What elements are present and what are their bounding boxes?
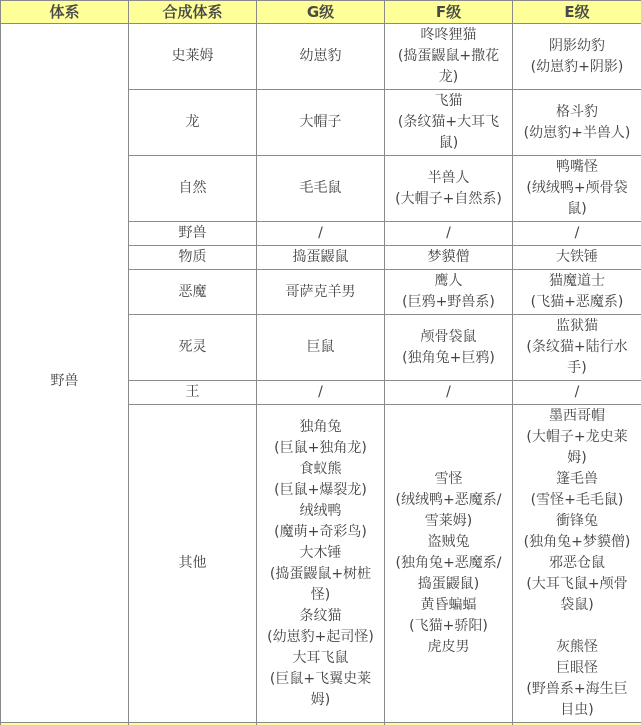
monster-text: 大耳飞鼠: [259, 648, 382, 669]
group-cell: 野兽: [1, 24, 129, 723]
monster-text: /: [259, 382, 382, 403]
g-rank-cell: 大帽子: [257, 90, 385, 156]
synthesis-system-cell: 龙: [129, 90, 257, 156]
e-rank-cell: 大铁锤: [513, 246, 641, 270]
monster-text: (飞猫+骄阳): [387, 616, 510, 637]
e-rank-cell: /: [513, 222, 641, 246]
synthesis-system-cell: 死灵: [129, 315, 257, 381]
monster-text: 猫魔道士: [515, 271, 639, 292]
monster-text: 袋鼠): [515, 595, 639, 616]
monster-text: (绒绒鸭+恶魔系/: [387, 490, 510, 511]
monster-text: 捣蛋鼹鼠): [387, 574, 510, 595]
monster-text: 鸭嘴怪: [515, 157, 639, 178]
monster-text: 条纹猫: [259, 606, 382, 627]
header-system: 体系: [1, 1, 129, 24]
monster-text: (大耳飞鼠+颅骨: [515, 574, 639, 595]
g-rank-cell: 毛毛鼠: [257, 156, 385, 222]
g-rank-cell: 幼崽豹: [257, 24, 385, 90]
monster-text: (魔萌+奇彩鸟): [259, 522, 382, 543]
g-rank-cell: /: [257, 381, 385, 405]
monster-text: 鼠): [387, 133, 510, 154]
header-row: 体系 合成体系 G级 F级 E级: [1, 1, 641, 24]
e-rank-cell: 阴影幼豹(幼崽豹+阴影): [513, 24, 641, 90]
monster-text: 黄昏蝙蝠: [387, 595, 510, 616]
f-rank-cell: 梦貘僧: [385, 246, 513, 270]
monster-text: 梦貘僧: [387, 247, 510, 268]
f-rank-cell: /: [385, 381, 513, 405]
e-rank-cell: 猫魔道士(飞猫+恶魔系): [513, 270, 641, 315]
monster-text: 邪恶仓鼠: [515, 553, 639, 574]
monster-text: (条纹猫+大耳飞: [387, 112, 510, 133]
monster-text: 食蚁熊: [259, 459, 382, 480]
monster-text: 盗贼兔: [387, 532, 510, 553]
monster-text: 怪): [259, 585, 382, 606]
monster-text: (巨鸦+野兽系): [387, 292, 510, 313]
monster-text: 衝锋兔: [515, 511, 639, 532]
monster-text: (巨鼠+爆裂龙): [259, 480, 382, 501]
monster-text: 墨西哥帽: [515, 406, 639, 427]
synthesis-system-cell: 其他: [129, 405, 257, 723]
g-rank-cell: 巨鼠: [257, 315, 385, 381]
synthesis-system-cell: 自然: [129, 156, 257, 222]
monster-text: (飞猫+恶魔系): [515, 292, 639, 313]
f-rank-cell: 半兽人(大帽子+自然系): [385, 156, 513, 222]
monster-text: 哥萨克羊男: [259, 282, 382, 303]
monster-text: (幼崽豹+半兽人): [515, 123, 639, 144]
monster-text: 咚咚狸猫: [387, 25, 510, 46]
monster-text: 雪莱姆): [387, 511, 510, 532]
synthesis-system-cell: 史莱姆: [129, 24, 257, 90]
monster-text: (绒绒鸭+颅骨袋: [515, 178, 639, 199]
header-e-rank: E级: [513, 1, 641, 24]
table-row: 野兽史莱姆幼崽豹咚咚狸猫(捣蛋鼹鼠+撒花龙)阴影幼豹(幼崽豹+阴影): [1, 24, 641, 90]
monster-text: (大帽子+龙史莱: [515, 427, 639, 448]
monster-text: 篷毛兽: [515, 469, 639, 490]
monster-text: (条纹猫+陆行水: [515, 337, 639, 358]
monster-text: 姆): [259, 690, 382, 711]
synthesis-system-cell: 野兽: [129, 222, 257, 246]
f-rank-cell: 鹰人(巨鸦+野兽系): [385, 270, 513, 315]
f-rank-cell: 颅骨袋鼠(独角兔+巨鸦): [385, 315, 513, 381]
monster-text: 灰熊怪: [515, 637, 639, 658]
monster-text: 绒绒鸭: [259, 501, 382, 522]
monster-text: [515, 616, 639, 637]
monster-text: 幼崽豹: [259, 46, 382, 67]
monster-text: 飞猫: [387, 91, 510, 112]
monster-text: (巨鼠+飞翼史莱: [259, 669, 382, 690]
g-rank-cell: 独角兔(巨鼠+独角龙)食蚁熊(巨鼠+爆裂龙)绒绒鸭(魔萌+奇彩鸟)大木锤(捣蛋鼹…: [257, 405, 385, 723]
synthesis-system-cell: 恶魔: [129, 270, 257, 315]
monster-text: (捣蛋鼹鼠+树桩: [259, 564, 382, 585]
monster-text: 大帽子: [259, 112, 382, 133]
header-f-rank: F级: [385, 1, 513, 24]
e-rank-cell: 鸭嘴怪(绒绒鸭+颅骨袋鼠): [513, 156, 641, 222]
monster-text: 虎皮男: [387, 637, 510, 658]
monster-text: (幼崽豹+阴影): [515, 57, 639, 78]
monster-text: 阴影幼豹: [515, 36, 639, 57]
monster-text: (巨鼠+独角龙): [259, 438, 382, 459]
monster-text: 手): [515, 358, 639, 379]
monster-text: 巨鼠: [259, 337, 382, 358]
e-rank-cell: 格斗豹(幼崽豹+半兽人): [513, 90, 641, 156]
monster-text: 大铁锤: [515, 247, 639, 268]
monster-text: 颅骨袋鼠: [387, 327, 510, 348]
monster-text: /: [387, 382, 510, 403]
monster-text: /: [515, 223, 639, 244]
monster-text: 监狱猫: [515, 316, 639, 337]
monster-text: 巨眼怪: [515, 658, 639, 679]
monster-text: 格斗豹: [515, 102, 639, 123]
monster-text: (捣蛋鼹鼠+撒花: [387, 46, 510, 67]
monster-text: (野兽系+海生巨: [515, 679, 639, 700]
monster-text: /: [387, 223, 510, 244]
g-rank-cell: 捣蛋鼹鼠: [257, 246, 385, 270]
monster-text: 鹰人: [387, 271, 510, 292]
monster-text: (独角兔+巨鸦): [387, 348, 510, 369]
monster-text: (幼崽豹+起司怪): [259, 627, 382, 648]
synthesis-system-cell: 王: [129, 381, 257, 405]
monster-text: (独角兔+梦貘僧): [515, 532, 639, 553]
e-rank-cell: 墨西哥帽(大帽子+龙史莱姆)篷毛兽(雪怪+毛毛鼠)衝锋兔(独角兔+梦貘僧)邪恶仓…: [513, 405, 641, 723]
monster-text: 捣蛋鼹鼠: [259, 247, 382, 268]
f-rank-cell: /: [385, 222, 513, 246]
g-rank-cell: 哥萨克羊男: [257, 270, 385, 315]
monster-text: /: [515, 382, 639, 403]
header-g-rank: G级: [257, 1, 385, 24]
monster-text: /: [259, 223, 382, 244]
synthesis-system-cell: 物质: [129, 246, 257, 270]
f-rank-cell: 咚咚狸猫(捣蛋鼹鼠+撒花龙): [385, 24, 513, 90]
e-rank-cell: /: [513, 381, 641, 405]
monster-text: 毛毛鼠: [259, 178, 382, 199]
e-rank-cell: 监狱猫(条纹猫+陆行水手): [513, 315, 641, 381]
monster-text: 大木锤: [259, 543, 382, 564]
monster-text: 龙): [387, 67, 510, 88]
monster-text: 雪怪: [387, 469, 510, 490]
monster-text: 鼠): [515, 199, 639, 220]
monster-text: 姆): [515, 448, 639, 469]
monster-text: (大帽子+自然系): [387, 189, 510, 210]
synthesis-table: 体系 合成体系 G级 F级 E级 野兽史莱姆幼崽豹咚咚狸猫(捣蛋鼹鼠+撒花龙)阴…: [0, 0, 641, 725]
header-synthesis-system: 合成体系: [129, 1, 257, 24]
g-rank-cell: /: [257, 222, 385, 246]
f-rank-cell: 飞猫(条纹猫+大耳飞鼠): [385, 90, 513, 156]
monster-text: 目虫): [515, 700, 639, 721]
monster-text: (独角兔+恶魔系/: [387, 553, 510, 574]
monster-text: 半兽人: [387, 168, 510, 189]
f-rank-cell: 雪怪(绒绒鸭+恶魔系/雪莱姆)盗贼兔(独角兔+恶魔系/捣蛋鼹鼠)黄昏蝙蝠(飞猫+…: [385, 405, 513, 723]
monster-text: (雪怪+毛毛鼠): [515, 490, 639, 511]
monster-text: 独角兔: [259, 417, 382, 438]
